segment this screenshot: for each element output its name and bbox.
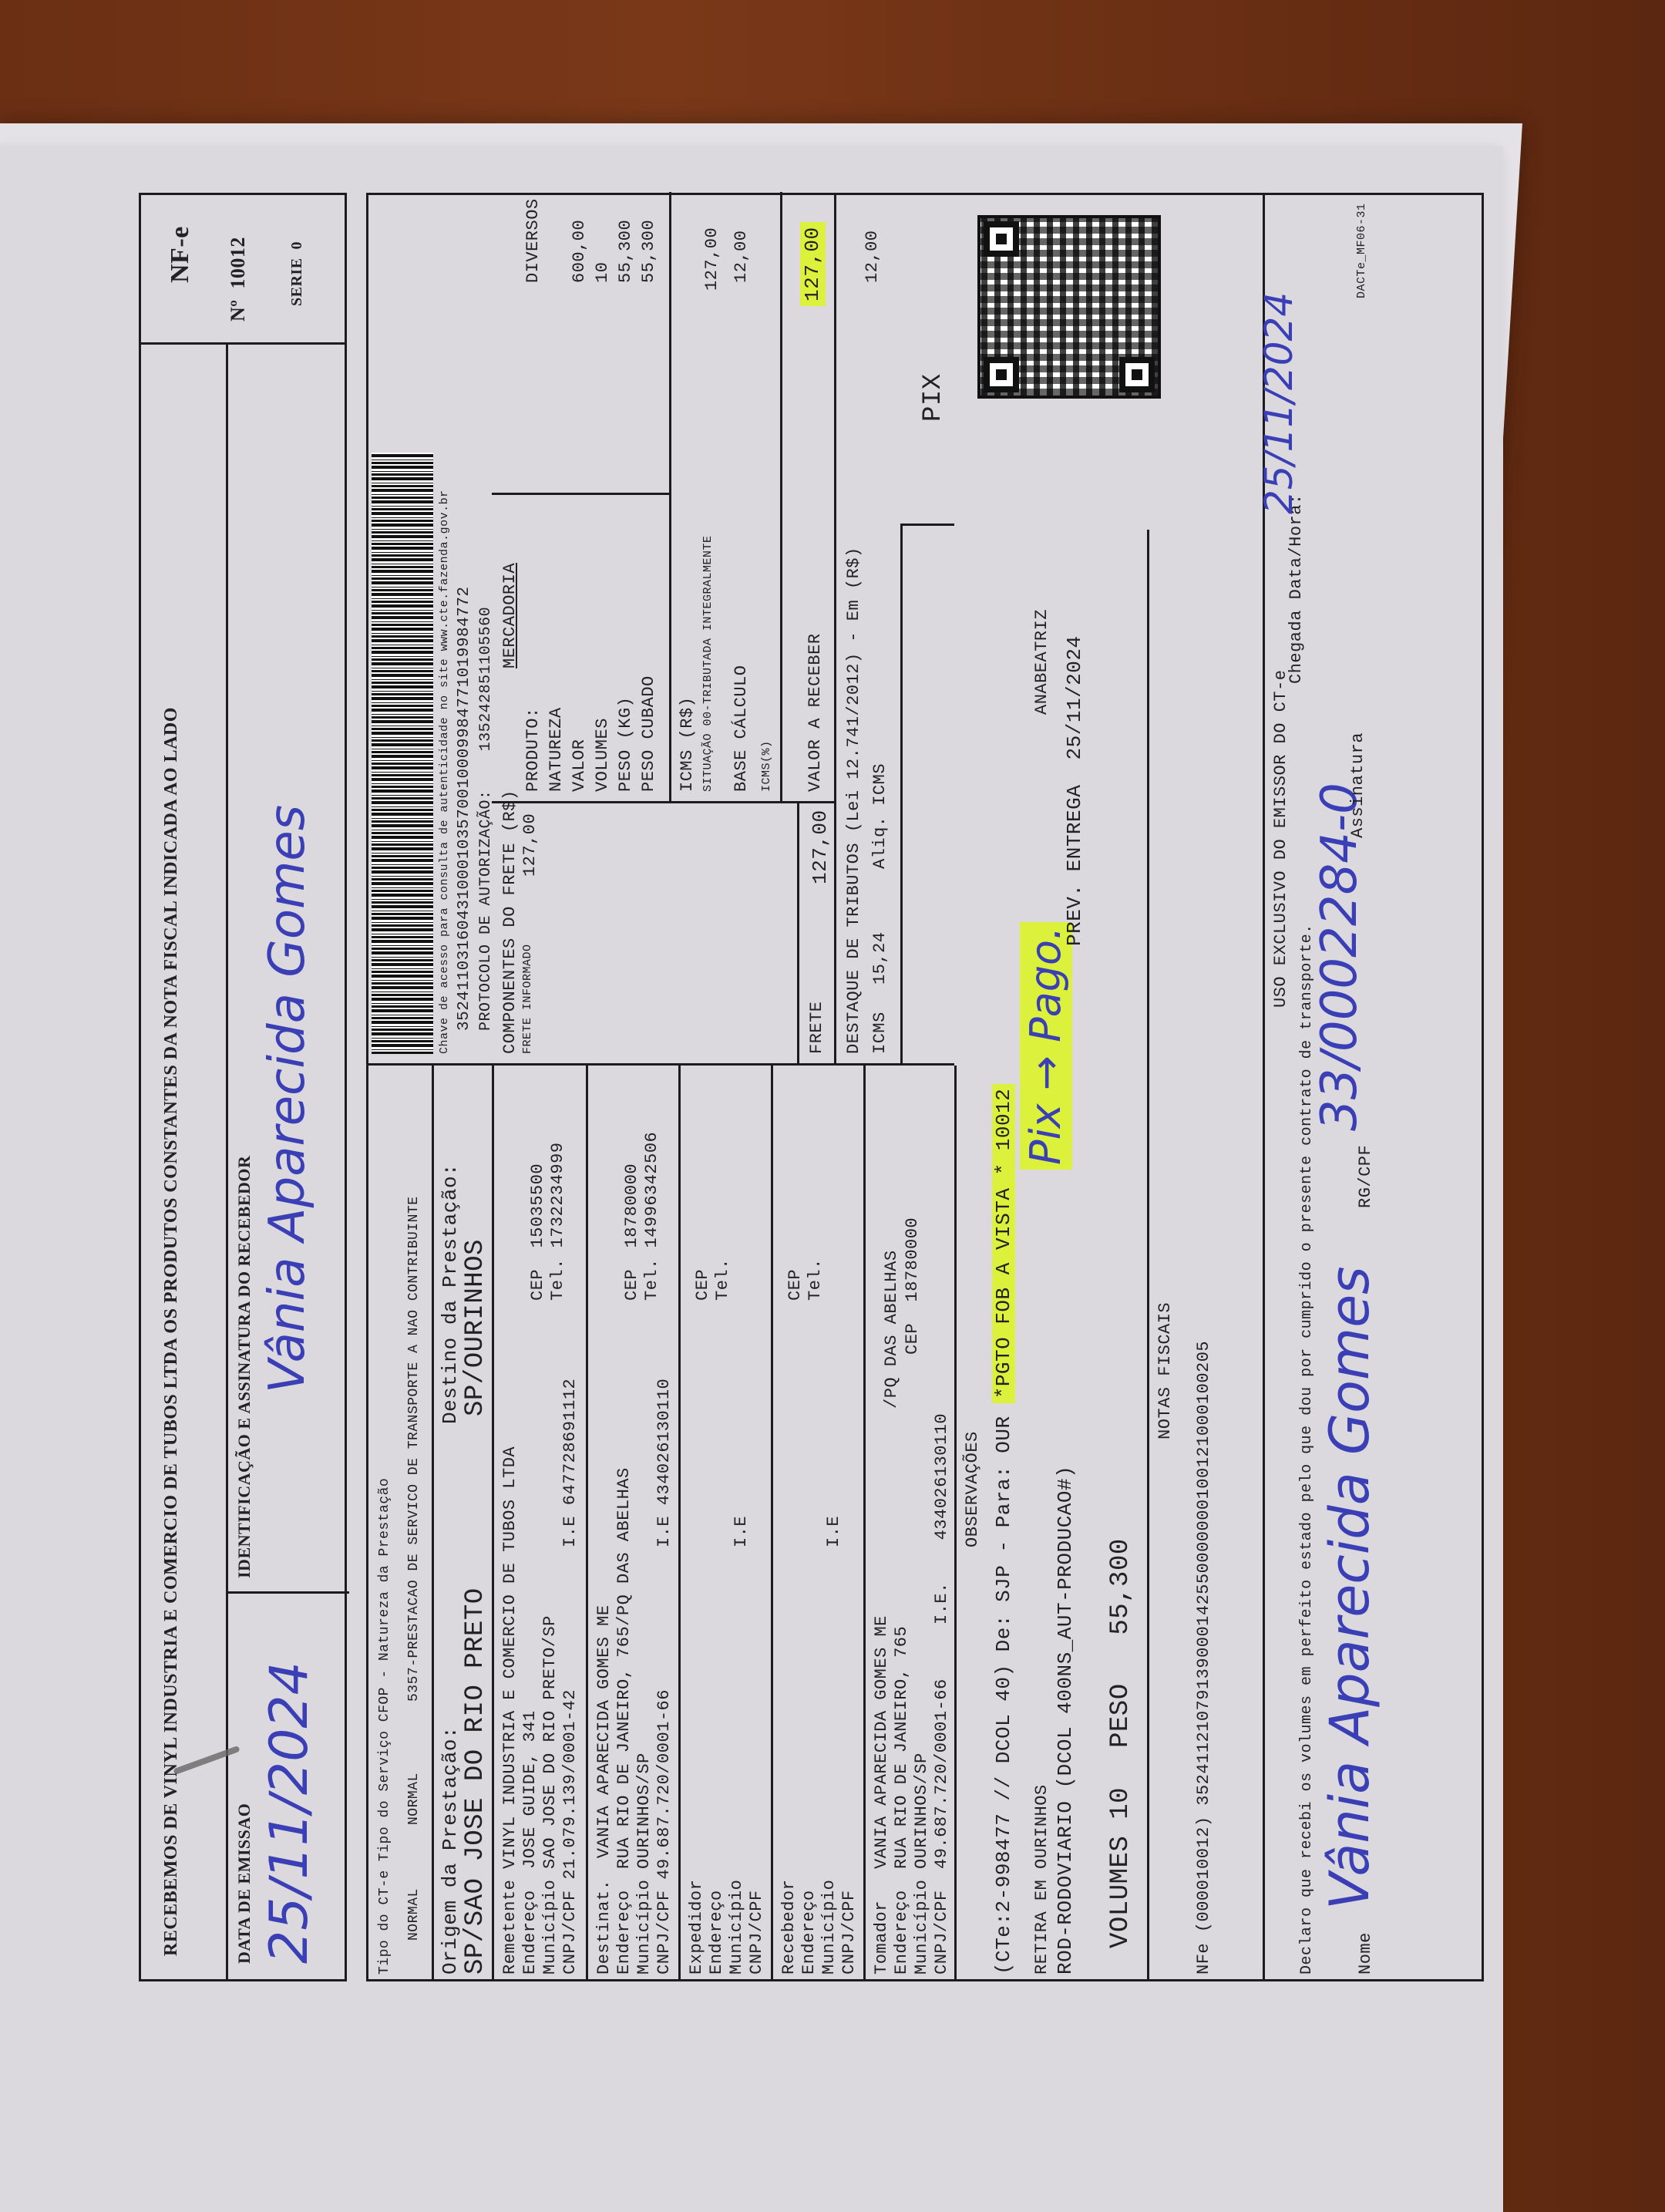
cte-document: RECEBEMOS DE VINYL INDUSTRIA E COMERCIO … <box>139 170 1495 1989</box>
recebedor-endereco-label: Endereço <box>799 1890 820 1975</box>
mercadoria-row-label: NATUREZA <box>546 707 567 792</box>
recebedor-tel-label: Tel. <box>805 1258 826 1301</box>
nfe-entry: (000010012) 3524112107913900014255000000… <box>1194 1341 1213 1932</box>
tomador-endereco-label: Endereço <box>892 1890 911 1975</box>
tomador-municipio-label: Município <box>912 1880 931 1975</box>
destinatario-endereco: RUA RIO DE JANEIRO, 765/PQ DAS ABELHAS <box>614 1467 634 1869</box>
protocolo-label: PROTOCOLO DE AUTORIZAÇÃO: <box>477 790 495 1031</box>
prev-entrega-label: PREV. ENTREGA <box>1063 785 1086 946</box>
expedidor-municipio-label: Município <box>726 1880 748 1975</box>
destinatario-label: Destinat. <box>594 1880 614 1975</box>
destinatario-municipio: OURINHOS/SP <box>634 1752 654 1869</box>
chegada-label: Chegada Data/Hora: <box>1286 493 1307 684</box>
tomador-municipio: OURINHOS/SP <box>912 1752 931 1869</box>
recebedor-ie-label: I.E <box>823 1516 845 1547</box>
destinatario-cnpj: 49.687.720/0001-66 <box>654 1689 674 1880</box>
expedidor-cep-label: CEP <box>692 1269 714 1301</box>
remetente-endereco-label: Endereço <box>520 1890 540 1975</box>
expedidor-label: Expedidor <box>686 1880 708 1975</box>
destinatario-cnpj-label: CNPJ/CPF <box>654 1890 674 1975</box>
expedidor-endereco-label: Endereço <box>706 1890 728 1975</box>
remetente-endereco: JOSE GUIDE, 341 <box>520 1710 540 1869</box>
chave-caption: Chave de acesso para consulta de autenti… <box>438 490 452 1054</box>
frete-informado-value: 127,00 <box>520 813 541 877</box>
volumes-value: 10 <box>1106 1787 1135 1820</box>
valor-receber-value: 127,00 <box>800 222 826 306</box>
recebedor-label: Recebedor <box>779 1880 800 1975</box>
mercadoria-row-label: PESO CUBADO <box>638 675 660 792</box>
cfop-value: 5357-PRESTACAO DE SERVICO DE TRANSPORTE … <box>405 1196 423 1702</box>
data-emissao-handwritten: 25/11/2024 <box>257 1662 322 1964</box>
remetente-cnpj: 21.079.139/0001-42 <box>560 1689 580 1880</box>
tributos-title: DESTAQUE DE TRIBUTOS (Lei 12.741/2012) -… <box>843 547 865 1054</box>
icms-base-value: 12,00 <box>731 230 752 283</box>
tomador-label: Tomador <box>872 1901 891 1975</box>
tomador-ie-label: I.E. <box>932 1582 951 1624</box>
mercadoria-title: MERCADORIA <box>499 563 521 668</box>
destinatario-tel-label: Tel. <box>642 1258 661 1301</box>
rg-label: RG/CPF <box>1355 1145 1377 1208</box>
expedidor-cnpj-label: CNPJ/CPF <box>746 1890 768 1975</box>
observacoes-line1: (CTe:2-998477 // DCOL 40) De: SJP - Para… <box>992 1403 1015 1975</box>
operator-name: ANABEATRIZ <box>1031 609 1053 715</box>
peso-label: PESO <box>1106 1683 1135 1748</box>
uso-exclusivo-label: USO EXCLUSIVO DO EMISSOR DO CT-e <box>1270 670 1292 1008</box>
destinatario-tel: 14996342506 <box>642 1132 661 1248</box>
assinatura-label: Assinatura <box>1347 732 1369 838</box>
destinatario-name: VANIA APARECIDA GOMES ME <box>594 1604 614 1858</box>
observacoes-highlight: *PGTO FOB A VISTA * 10012 <box>992 1084 1015 1404</box>
destinatario-cep-label: CEP <box>622 1269 641 1301</box>
nfe-number: 10012 <box>227 237 249 289</box>
remetente-label: Remetente <box>500 1880 520 1975</box>
destino-value: SP/OURINHOS <box>459 1239 493 1416</box>
mercadoria-row-value: 55,300 <box>638 220 660 283</box>
nome-signature: Vânia Aparecida Gomes <box>1317 1266 1384 1910</box>
serie-value: 0 <box>288 241 305 250</box>
icms-title: ICMS (R$) <box>677 697 698 792</box>
tipo-servico-label: Tipo do Serviço <box>377 1731 392 1862</box>
mercadoria-row-label: VALOR <box>569 739 590 792</box>
remetente-municipio: SAO JOSE DO RIO PRETO/SP <box>540 1615 560 1869</box>
remetente-ie-label: I.E <box>560 1516 580 1547</box>
chave-acesso: 3524110316043100010357001000998477101998… <box>455 587 475 1032</box>
chegada-handwritten: 25/11/2024 <box>1255 292 1303 514</box>
destinatario-ie: 434026130110 <box>654 1379 674 1505</box>
pix-qr-code[interactable] <box>977 215 1161 399</box>
serie-label: SERIE <box>288 258 305 306</box>
tributos-aliq-label: Aliq. ICMS <box>869 763 891 869</box>
tomador-cnpj-label: CNPJ/CPF <box>932 1890 951 1975</box>
peso-value: 55,300 <box>1106 1538 1135 1635</box>
tomador-endereco: RUA RIO DE JANEIRO, 765 <box>892 1626 911 1869</box>
destinatario-endereco-label: Endereço <box>614 1890 634 1975</box>
componentes-frete-label: COMPONENTES DO FRETE (R$) <box>499 790 521 1054</box>
mercadoria-row-label: PESO (KG) <box>615 697 637 792</box>
destinatario-ie-label: I.E <box>654 1516 674 1547</box>
destinatario-municipio-label: Município <box>634 1880 654 1975</box>
mercadoria-row-value: DIVERSOS <box>523 198 544 283</box>
destinatario-cep: 18780000 <box>622 1163 641 1248</box>
expedidor-ie-label: I.E <box>731 1516 752 1547</box>
tributos-aliq-value: 12,00 <box>862 230 883 283</box>
remetente-tel-label: Tel. <box>548 1258 567 1301</box>
recebedor-municipio-label: Município <box>819 1880 840 1975</box>
tomador-ie: 434026130110 <box>932 1413 951 1540</box>
tipo-cte-value: NORMAL <box>405 1888 423 1941</box>
prev-entrega-value: 25/11/2024 <box>1063 635 1086 759</box>
mercadoria-row-label: PRODUTO: <box>523 707 544 792</box>
nfe-title: NF-e <box>164 226 197 283</box>
volumes-label: VOLUMES <box>1106 1836 1135 1948</box>
tomador-cep: 18780000 <box>903 1217 922 1302</box>
receipt-stub: RECEBEMOS DE VINYL INDUSTRIA E COMERCIO … <box>139 193 347 1981</box>
valor-receber-label: VALOR A RECEBER <box>805 633 826 792</box>
observacoes-line2: RETIRA EM OURINHOS <box>1031 1784 1053 1975</box>
icms-situacao-label: SITUAÇÃO 00-TRIBUTADA INTEGRALMENTE <box>701 535 716 792</box>
observacoes-line3: ROD-RODOVIARIO (DCOL 400NS_AUT-PRODUCAO#… <box>1053 1466 1078 1975</box>
mercadoria-row-value: 10 <box>592 262 614 283</box>
access-key-barcode <box>372 453 433 1054</box>
remetente-ie: 647728691112 <box>560 1379 580 1505</box>
recebedor-cnpj-label: CNPJ/CPF <box>839 1890 860 1975</box>
remetente-cep-label: CEP <box>528 1269 547 1301</box>
remetente-cnpj-label: CNPJ/CPF <box>560 1890 580 1975</box>
icms-situacao-value: 127,00 <box>701 227 723 291</box>
tomador-bairro: /PQ DAS ABELHAS <box>881 1250 903 1409</box>
data-emissao-label: DATA DE EMISSAO <box>234 1803 255 1964</box>
remetente-municipio-label: Município <box>540 1880 560 1975</box>
recebedor-signature: Vânia Aparecida Gomes <box>257 805 318 1393</box>
mercadoria-row-value: 55,300 <box>615 220 637 283</box>
tomador-name: VANIA APARECIDA GOMES ME <box>872 1615 891 1869</box>
remetente-name: VINYL INDUSTRIA E COMERCIO DE TUBOS LTDA <box>500 1446 520 1869</box>
tipo-cte-label: Tipo do CT-e <box>377 1870 392 1975</box>
protocolo-value: 135242851105560 <box>477 607 495 752</box>
remetente-cep: 15035500 <box>528 1163 547 1248</box>
recebedor-cep-label: CEP <box>785 1269 806 1301</box>
tomador-cnpj: 49.687.720/0001-66 <box>932 1678 951 1869</box>
qr-finder-icon <box>984 357 1019 392</box>
frete-label: FRETE <box>806 1001 828 1054</box>
tipo-servico-value: NORMAL <box>405 1773 423 1825</box>
remetente-tel: 1732234999 <box>548 1142 567 1247</box>
observacoes-title: OBSERVAÇÕES <box>962 1431 984 1547</box>
icms-pct-label: ICMS(%) <box>760 740 775 792</box>
identificacao-label: IDENTIFICAÇÃO E ASSINATURA DO RECEBEDOR <box>234 1156 255 1578</box>
frete-informado-label: FRETE INFORMADO <box>521 944 536 1054</box>
qr-finder-icon <box>1119 357 1155 392</box>
nome-label: Nome <box>1355 1932 1377 1975</box>
notas-fiscais-title: NOTAS FISCAIS <box>1155 1302 1176 1439</box>
handwritten-payment-note: Pix → Pago. <box>1020 922 1072 1170</box>
frete-value: 127,00 <box>808 810 833 884</box>
tributos-icms-value: 15,24 <box>869 931 891 985</box>
tomador-cep-label: CEP <box>903 1323 922 1355</box>
expedidor-tel-label: Tel. <box>712 1258 734 1301</box>
cte-main: Tipo do CT-e Tipo do Serviço CFOP - Natu… <box>366 193 1484 1981</box>
nfe-number-label: Nº <box>227 300 249 322</box>
mercadoria-row-value: 600,00 <box>569 220 590 283</box>
pen-stroke-mark <box>173 1746 240 1775</box>
form-code: DACTe_MF06-31 <box>1355 203 1370 298</box>
payment-method: PIX <box>917 373 950 422</box>
tributos-icms-label: ICMS <box>869 1012 891 1054</box>
qr-finder-icon <box>984 221 1019 257</box>
origem-value: SP/SAO JOSE DO RIO PRETO <box>459 1587 493 1975</box>
mercadoria-row-label: VOLUMES <box>592 718 614 792</box>
cfop-label: CFOP - Natureza da Prestação <box>377 1478 392 1722</box>
icms-base-label: BASE CÁLCULO <box>731 665 752 792</box>
nfe-label: NFe <box>1194 1943 1213 1975</box>
